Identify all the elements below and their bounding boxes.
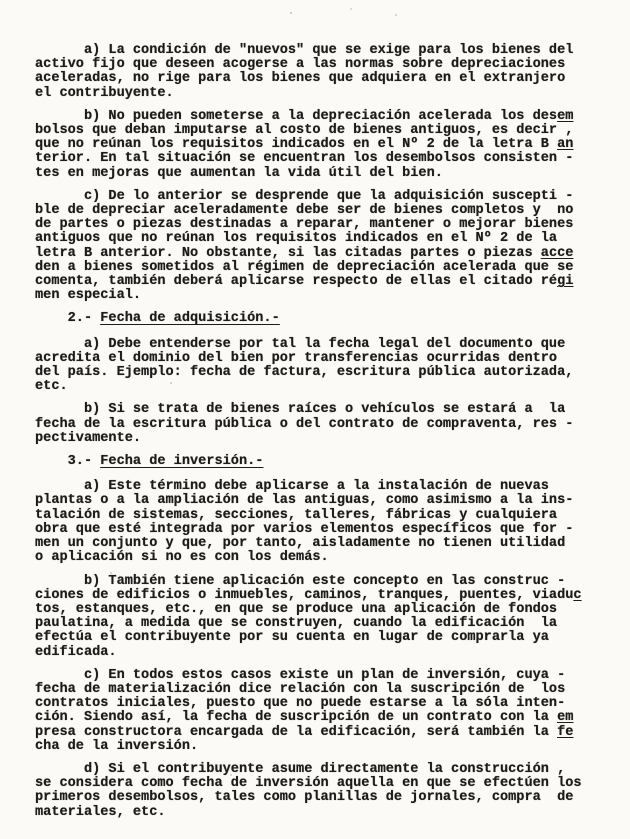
text-line: aceleradas, no rige para los bienes que … [35,72,602,86]
scan-speck [290,12,292,14]
paragraph: b) No pueden someterse a la depreciación… [35,110,602,181]
section-heading: 2.- Fecha de adquisición.- [35,312,602,326]
text-line: activo fijo que deseen acogerse a las no… [35,58,602,72]
text-line: comenta, también deberá aplicarse respec… [35,275,602,289]
text-line: antiguos que no reúnan los requisitos in… [35,232,602,246]
text-line: paulatina, a medida que se construyen, c… [35,617,602,631]
text-line: ble de depreciar aceleradamente debe ser… [35,204,602,218]
text-line: pectivamente. [35,432,602,446]
text-line: talación de sistemas, secciones, tallere… [35,509,602,523]
text-line: tes en mejoras que aumentan la vida útil… [35,167,602,181]
text-line: terior. En tal situación se encuentran l… [35,152,602,166]
continuation-underline: c [573,588,581,603]
text-line: que no reúnan los requisitos indicados e… [35,138,602,152]
heading-title: Fecha de inversión.- [100,454,263,469]
paragraph: c) De lo anterior se desprende que la ad… [35,190,602,304]
text-line: d) Si el contribuyente asume directament… [35,763,602,777]
text-line: a) Debe entenderse por tal la fecha lega… [35,338,602,352]
text-line: a) Este término debe aplicarse a la inst… [35,480,602,494]
paragraph: a) La condición de "nuevos" que se exige… [35,44,602,101]
text-line: ciones de edificios o inmuebles, caminos… [35,589,602,603]
text-line: b) Si se trata de bienes raíces o vehícu… [35,403,602,417]
continuation-underline: an [557,137,573,152]
text-line: b) También tiene aplicación este concept… [35,575,602,589]
paragraph: a) Este término debe aplicarse a la inst… [35,480,602,565]
text-line: efectúa el contribuyente por su cuenta e… [35,631,602,645]
text-line: a) La condición de "nuevos" que se exige… [35,44,602,58]
paragraph: b) También tiene aplicación este concept… [35,575,602,660]
text-line: del país. Ejemplo: fecha de factura, esc… [35,366,602,380]
heading-number: 3.- [35,454,100,469]
document-page: a) La condición de "nuevos" que se exige… [0,0,630,839]
text-line: plantas o a la ampliación de las antigua… [35,494,602,508]
text-line: men un conjunto y que, por tanto, aislad… [35,537,602,551]
text-line: fecha de la escritura pública o del cont… [35,418,602,432]
continuation-underline: gi [557,274,573,289]
continuation-underline: acce [541,246,574,261]
paragraph: a) Debe entenderse por tal la fecha lega… [35,338,602,395]
text-line: men especial. [35,289,602,303]
section-heading: 3.- Fecha de inversión.- [35,455,602,469]
paragraph: c) En todos estos casos existe un plan d… [35,669,602,754]
text-line: primeros desembolsos, tales como planill… [35,791,602,805]
text-line: edificada. [35,646,602,660]
text-line: c) De lo anterior se desprende que la ad… [35,190,602,204]
continuation-underline: em [557,710,573,725]
continuation-underline: em [557,109,573,124]
text-line: se considera como fecha de inversión aqu… [35,777,602,791]
document-body: a) La condición de "nuevos" que se exige… [35,44,602,820]
text-line: materiales, etc. [35,806,602,820]
heading-number: 2.- [35,311,100,326]
text-line: acredita el dominio del bien por transfe… [35,352,602,366]
text-line: el contribuyente. [35,87,602,101]
heading-title: Fecha de adquisición.- [100,311,279,326]
text-line: tos, estanques, etc., en que se produce … [35,603,602,617]
text-line: cha de la inversión. [35,740,602,754]
text-line: fecha de materialización dice relación c… [35,683,602,697]
text-line: c) En todos estos casos existe un plan d… [35,669,602,683]
text-line: o aplicación si no es con los demás. [35,551,602,565]
text-line: presa constructora encargada de la edifi… [35,726,602,740]
continuation-underline: fe [557,725,573,740]
text-line: den a bienes sometidos al régimen de dep… [35,261,602,275]
text-line: b) No pueden someterse a la depreciación… [35,110,602,124]
paragraph: d) Si el contribuyente asume directament… [35,763,602,820]
paragraph: b) Si se trata de bienes raíces o vehícu… [35,403,602,446]
text-line: contratos iniciales, puesto que no puede… [35,697,602,711]
text-line: letra B anterior. No obstante, si las ci… [35,247,602,261]
text-line: etc. [35,380,602,394]
text-line: ción. Siendo así, la fecha de suscripció… [35,711,602,725]
text-line: obra que esté integrada por varios eleme… [35,523,602,537]
